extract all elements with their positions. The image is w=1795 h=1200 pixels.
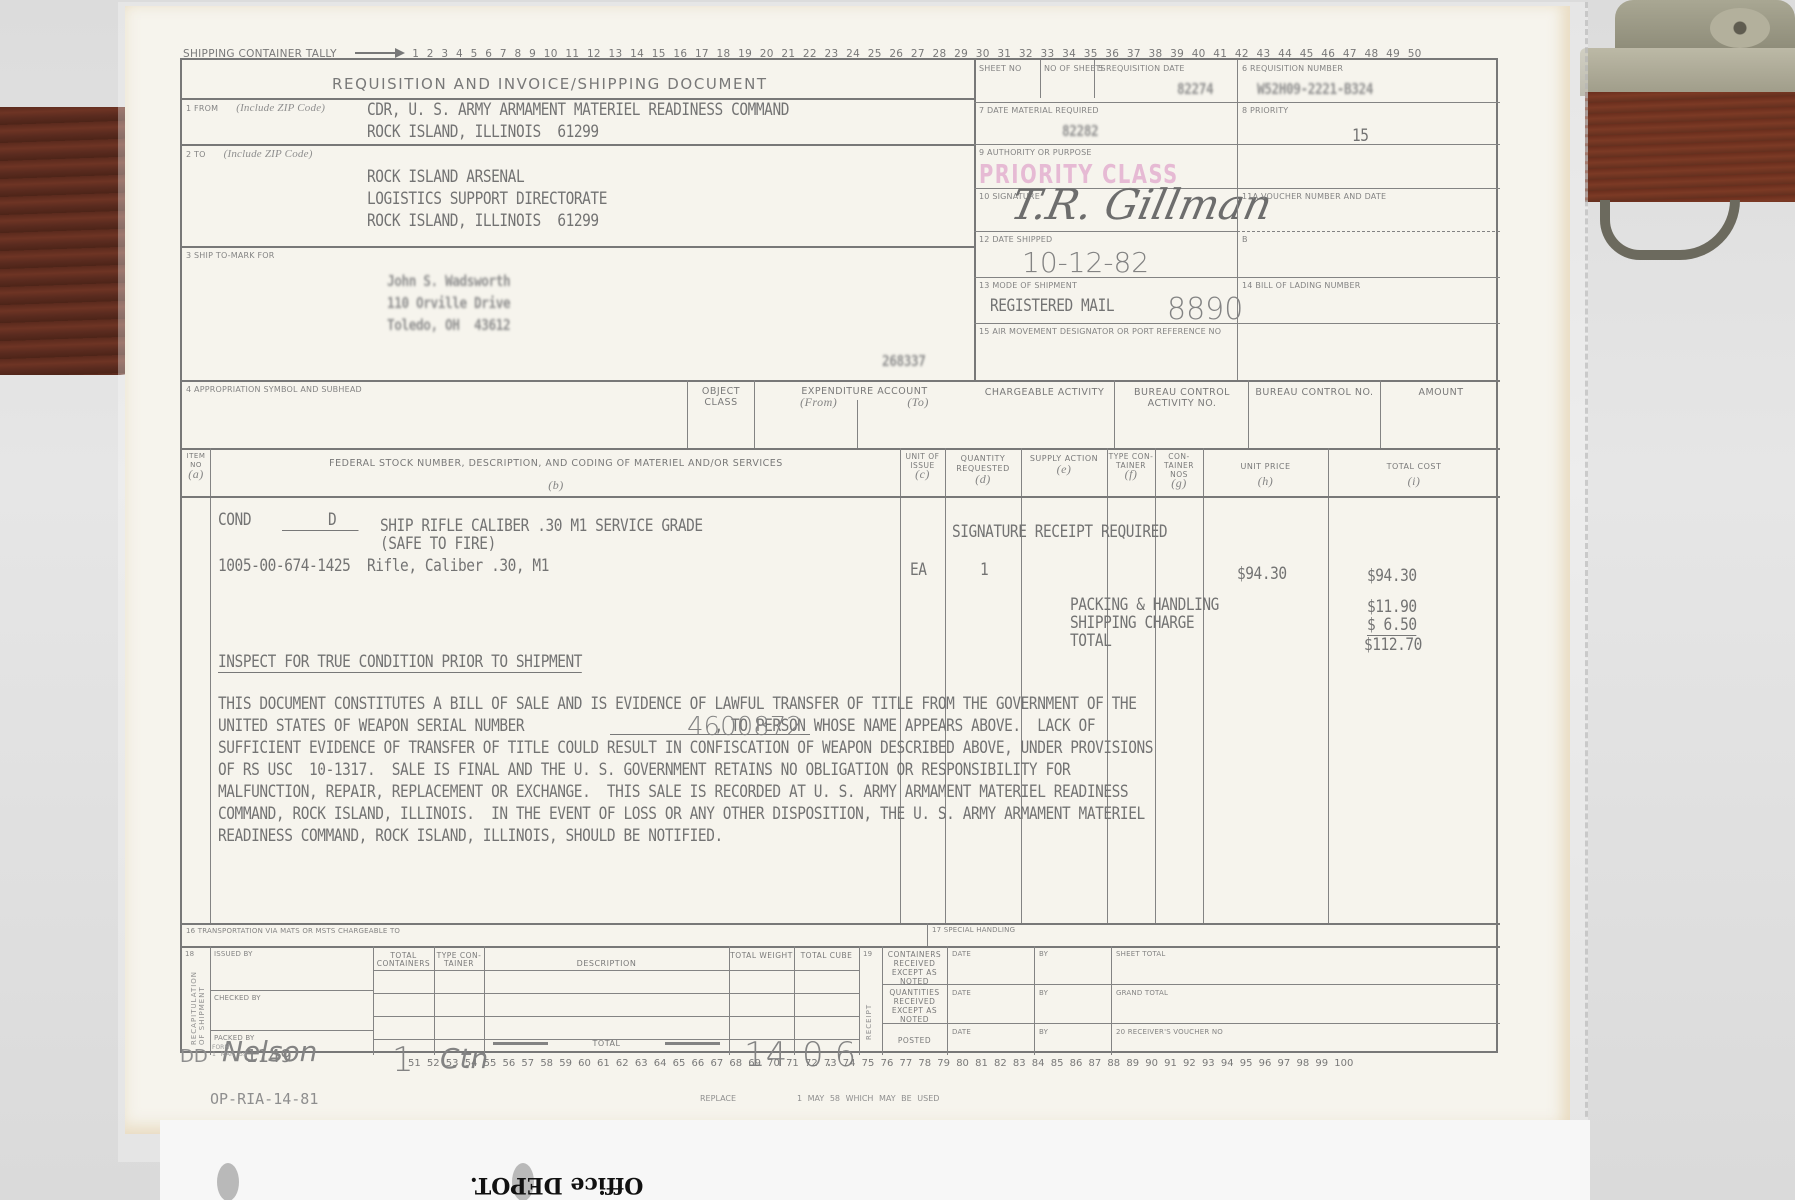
sleeve-binding-strip [160, 1120, 1590, 1200]
binder-hole-icon [217, 1163, 239, 1200]
sight-knob-icon [1710, 8, 1770, 48]
rifle-receiver [1580, 48, 1795, 96]
rifle-stock-right [1585, 92, 1795, 202]
sheet-protector [118, 2, 1588, 1162]
trigger-guard [1600, 200, 1740, 260]
office-depot-logo: Office DEPOT. [470, 1172, 643, 1198]
